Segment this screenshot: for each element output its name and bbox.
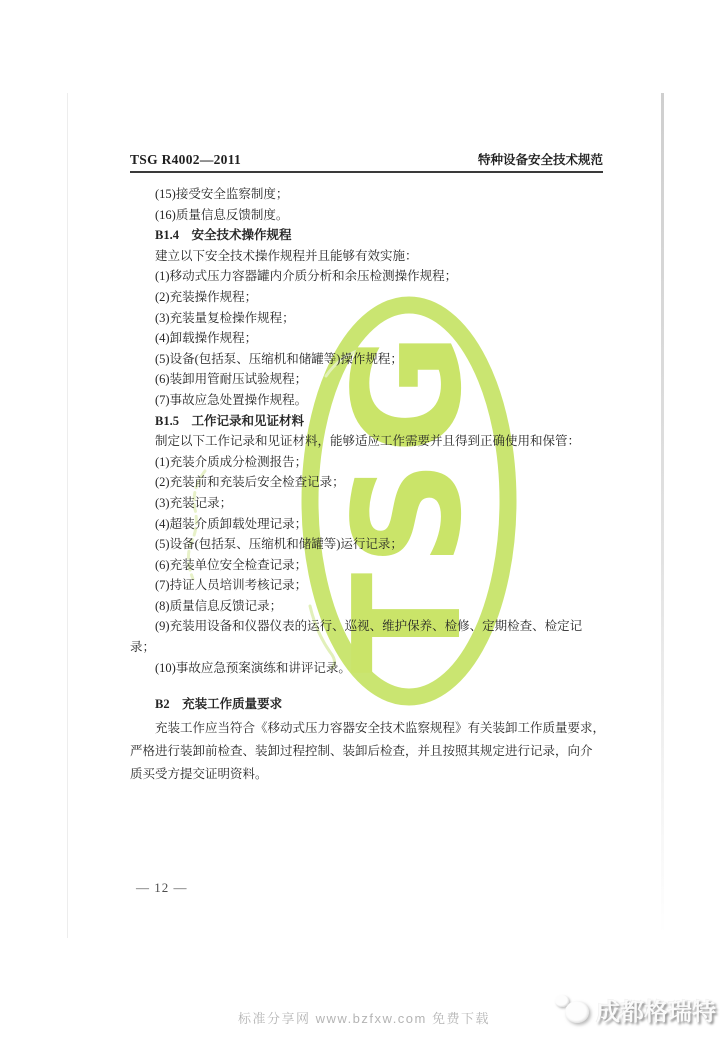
doc-title: 特种设备安全技术规范 [478,150,603,168]
brand-mark: 成都格瑞特 [555,992,716,1027]
text-line: (2)充装操作规程； [130,287,604,308]
panda-logo-icon [555,995,589,1025]
text-line: 录； [130,637,604,658]
doc-code: TSG R4002—2011 [130,152,241,168]
text-line: (15)接受安全监察制度； [130,184,604,205]
text-line: (16)质量信息反馈制度。 [130,205,604,226]
page-right-edge-shadow [661,93,664,935]
text-line: 严格进行装卸前检查、装卸过程控制、装卸后检查，并且按照其规定进行记录，向介 [130,740,604,763]
page-left-edge [67,93,68,938]
text-line: (5)设备(包括泵、压缩机和储罐等)操作规程； [130,349,604,370]
page-number: — 12 — [136,880,188,896]
brand-name: 成都格瑞特 [596,992,716,1027]
text-line: (6)装卸用管耐压试验规程； [130,369,604,390]
text-line: (10)事故应急预案演练和讲评记录。 [130,658,604,679]
text-line: (5)设备(包括泵、压缩机和储罐等)运行记录； [130,534,604,555]
text-line: (4)卸载操作规程； [130,328,604,349]
text-line: 制定以下工作记录和见证材料，能够适应工作需要并且得到正确使用和保管： [130,431,604,452]
document-body: (15)接受安全监察制度；(16)质量信息反馈制度。B1.4 安全技术操作规程建… [130,184,604,786]
text-line: (3)充装量复检操作规程； [130,308,604,329]
text-line: (1)移动式压力容器罐内介质分析和余压检测操作规程； [130,266,604,287]
scanned-document-page: TSG TSG R4002—2011 特种设备安全技术规范 (15)接受安全监察… [0,0,728,1041]
text-line: B1.4 安全技术操作规程 [130,225,604,246]
text-line: (7)持证人员培训考核记录； [130,575,604,596]
page-header: TSG R4002—2011 特种设备安全技术规范 [130,150,603,168]
text-line: (3)充装记录； [130,493,604,514]
text-line: (6)充装单位安全检查记录； [130,555,604,576]
header-rule [130,171,603,173]
text-line: 充装工作应当符合《移动式压力容器安全技术监察规程》有关装卸工作质量要求， [130,717,604,740]
text-line: (9)充装用设备和仪器仪表的运行、巡视、维护保养、检修、定期检查、检定记 [130,616,604,637]
text-line: B2 充装工作质量要求 [130,693,604,716]
text-line: (8)质量信息反馈记录； [130,596,604,617]
text-line: B1.5 工作记录和见证材料 [130,411,604,432]
text-line: 建立以下安全技术操作规程并且能够有效实施： [130,246,604,267]
text-line: (4)超装介质卸载处理记录； [130,514,604,535]
text-line: (7)事故应急处置操作规程。 [130,390,604,411]
text-line: (1)充装介质成分检测报告； [130,452,604,473]
text-line: 质买受方提交证明资料。 [130,763,604,786]
text-line: (2)充装前和充装后安全检查记录； [130,472,604,493]
